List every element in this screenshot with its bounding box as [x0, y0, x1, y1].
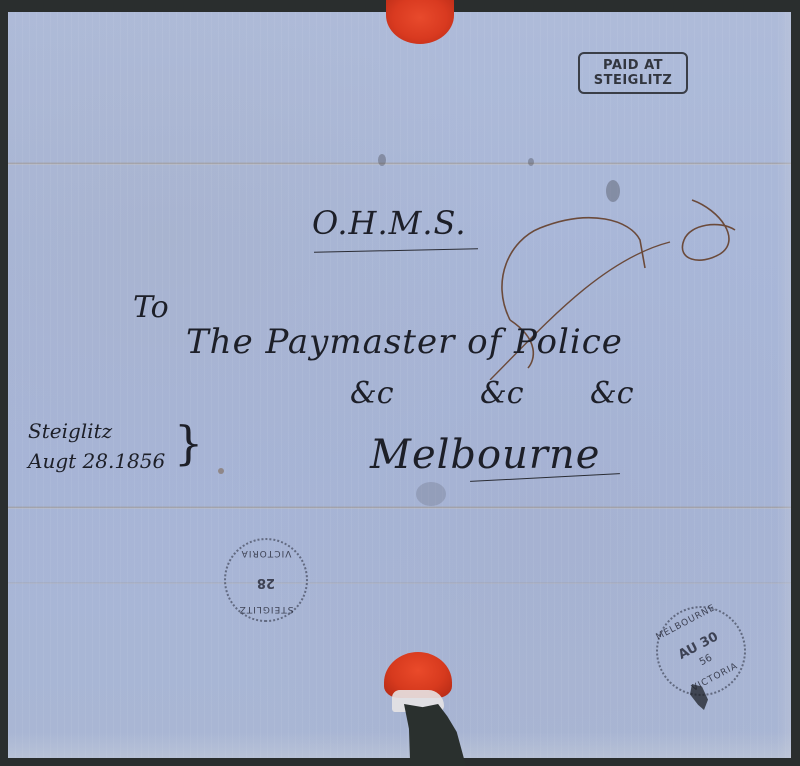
steiglitz-postmark: STEIGLITZ 28 VICTORIA	[224, 538, 308, 622]
paper-edge-bottom	[8, 732, 791, 758]
fold-line-upper	[8, 162, 791, 165]
postmark-date: 28	[226, 575, 306, 590]
ink-speck	[528, 158, 534, 166]
origin-brace: }	[174, 420, 203, 466]
postmark-rim: STEIGLITZ	[226, 604, 306, 614]
origin-place: Steiglitz	[28, 416, 165, 446]
address-city: Melbourne	[370, 432, 600, 478]
fold-line-bottom	[8, 582, 791, 584]
origin-docket: Steiglitz Augt 28.1856	[28, 416, 165, 476]
postmark-rim-bottom: VICTORIA	[226, 548, 306, 558]
rate-text: 8d	[480, 180, 500, 184]
ink-speck	[378, 154, 386, 166]
address-etc-1: &c	[350, 376, 394, 411]
address-etc-3: &c	[590, 376, 634, 411]
handstamp-line2: STEIGLITZ	[580, 73, 686, 88]
address-salutation: To	[133, 290, 169, 325]
paper-edge-right	[777, 12, 791, 758]
ink-smudge	[416, 482, 446, 506]
stain-speck	[218, 468, 224, 474]
address-addressee: The Paymaster of Police	[186, 322, 623, 362]
ohms-endorsement: O.H.M.S.	[312, 204, 467, 242]
handstamp-line1: PAID AT	[580, 58, 686, 73]
origin-date: Augt 28.1856	[28, 446, 165, 476]
address-etc-2: &c	[480, 376, 524, 411]
paid-at-steiglitz-handstamp: PAID AT STEIGLITZ	[578, 52, 688, 94]
fold-line-lower	[8, 506, 791, 509]
